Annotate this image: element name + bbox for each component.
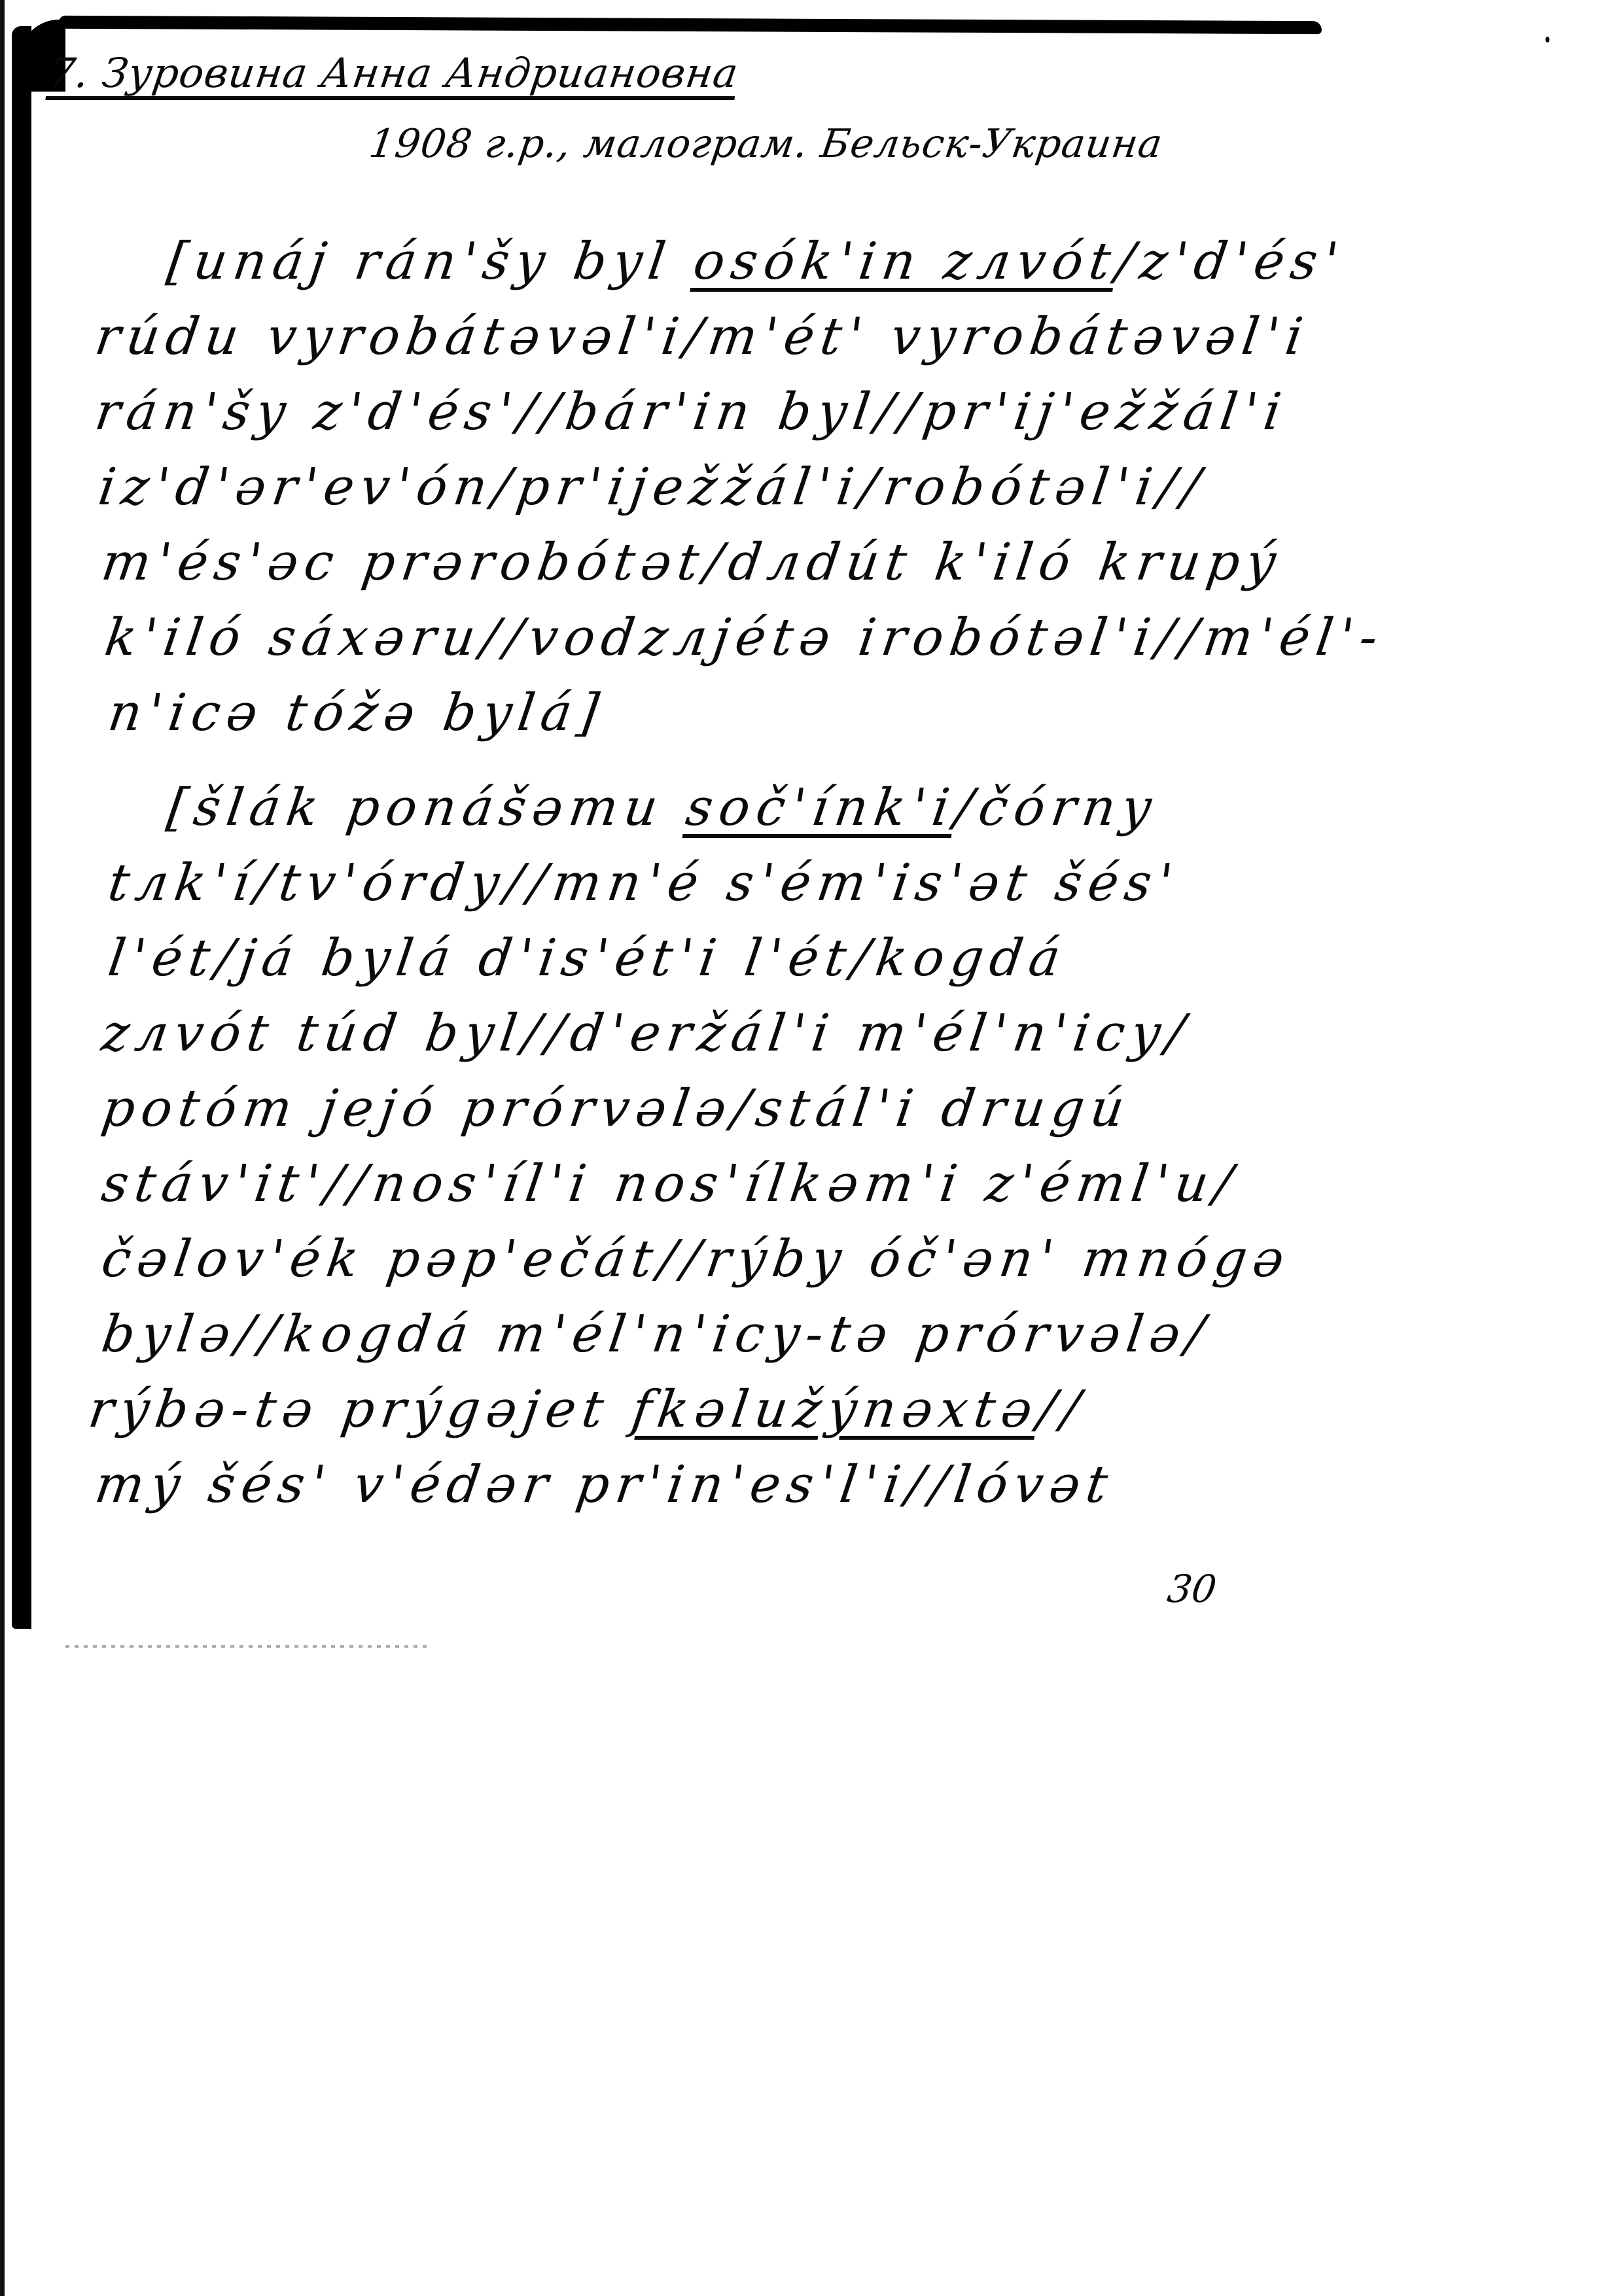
entry-header: 7. Зуровина Анна Андриановна — [46, 49, 741, 97]
text-line: rýbə-tə prýgəjet fkəlužýnəxtə// — [85, 1380, 1090, 1439]
text-line: l'ét/já bylá d'is'ét'i l'ét/kogdá — [105, 929, 1070, 988]
text-segment: [šlák ponášəmu — [164, 778, 690, 837]
underlined-word: osók'in zлvót — [690, 232, 1120, 291]
underlined-word: soč'ínk'i — [682, 778, 960, 837]
text-segment: /čórny — [951, 778, 1161, 837]
text-line: tлk'í/tv'órdy//mn'é s'ém'is'ət šés' — [105, 854, 1182, 913]
page-number: 30 — [1165, 1567, 1219, 1611]
text-line: k'iló sáxəru//vodzлjétə irobótəl'i//m'él… — [101, 608, 1388, 667]
text-line: [unáj rán'šy byl osók'in zлvót/z'd'és' — [164, 232, 1349, 291]
text-line: [šlák ponášəmu soč'ínk'i/čórny — [164, 778, 1161, 837]
underlined-word: fkəlužýnəxtə — [628, 1380, 1042, 1439]
binding-shadow — [12, 26, 31, 1629]
text-segment: [unáj rán'šy byl — [164, 232, 698, 291]
scanned-page: 7. Зуровина Анна Андриановна 1908 г.р., … — [0, 0, 1607, 2296]
text-line: stáv'it'//nos'íl'i nos'ílkəm'i z'éml'u/ — [98, 1155, 1243, 1213]
text-line: m'és'əc prərobótət/dлdút k'iló krupý — [98, 533, 1286, 592]
scan-edge-line — [0, 0, 5, 2296]
text-line: rán'šy z'd'és'//bár'in byl//pr'ij'ežžál'… — [92, 383, 1291, 442]
text-line: rúdu vyrobátəvəl'i/m'ét' vyrobátəvəl'i — [92, 307, 1313, 366]
text-segment: /z'd'és' — [1112, 232, 1348, 291]
top-edge-shadow — [59, 16, 1322, 34]
text-line: potóm jejó prórvələ/stál'i drugú — [98, 1079, 1135, 1138]
scan-speck — [1545, 37, 1549, 43]
scan-artifact — [65, 1645, 432, 1648]
text-segment: // — [1034, 1380, 1089, 1439]
text-line: zлvót túd byl//d'eržál'i m'él'n'icy/ — [98, 1004, 1195, 1063]
text-line: n'icə tóžə bylá] — [105, 684, 609, 742]
text-line: bylə//kogdá m'él'n'icy-tə prórvələ/ — [98, 1305, 1214, 1364]
speaker-name: 7. Зуровина Анна Андриановна — [46, 49, 741, 97]
text-segment: rýbə-tə prýgəjet — [85, 1380, 637, 1439]
text-line: iz'd'ər'ev'ón/pr'iježžál'i/robótəl'i// — [95, 458, 1210, 517]
text-line: čəlov'ék pəp'ečát//rýby óč'ən' mnógə — [98, 1230, 1294, 1289]
text-line: mý šés' v'édər pr'in'es'l'i//lóvət — [92, 1455, 1118, 1514]
speaker-info: 1908 г.р., малограм. Бельск-Украина — [366, 121, 1165, 167]
